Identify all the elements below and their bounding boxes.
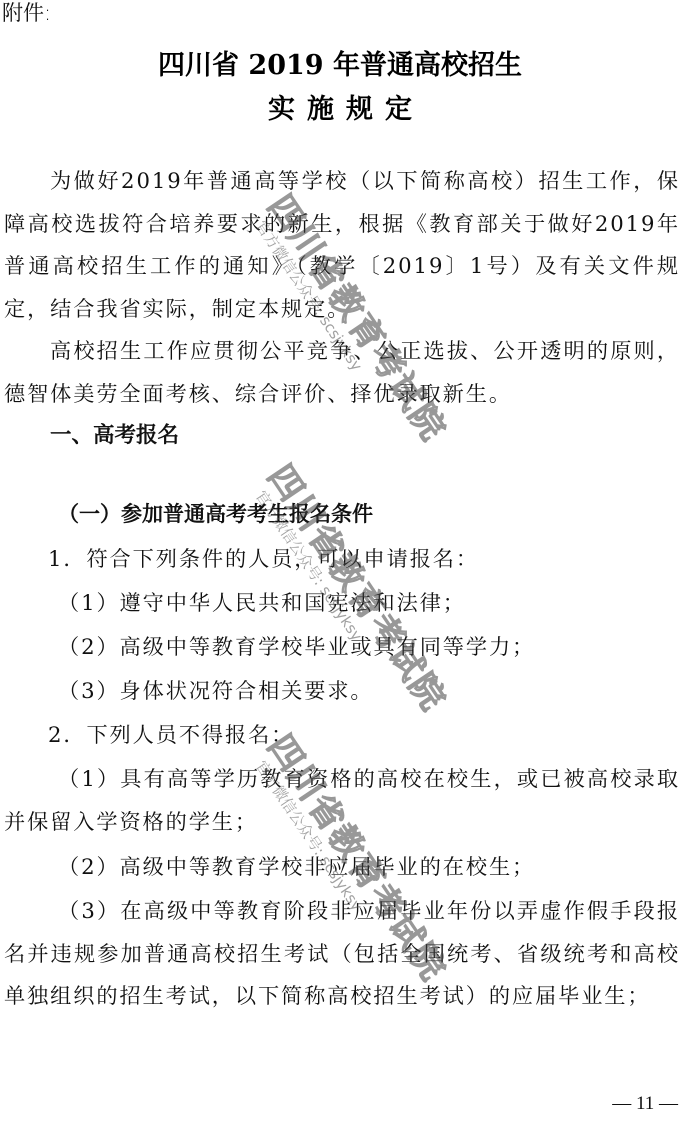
page-number: — 11 — [612,1092,678,1116]
eligibility-item: （1）遵守中华人民共和国宪法和法律； [58,582,466,624]
ineligibility-item: （1）具有高等学历教育资格的高校在校生，或已被高校录取并保留入学资格的学生； [4,758,680,843]
section-heading: 一、高考报名 [50,416,179,456]
ineligibility-item: （2）高级中等教育学校非应届毕业的在校生； [58,846,535,888]
document-subtitle: 实施规定 [0,90,680,130]
ineligibility-intro: 2．下列人员不得报名： [48,714,294,756]
intro-paragraph: 为做好2019年普通高等学校（以下简称高校）招生工作，保障高校选拔符合培养要求的… [4,160,680,330]
ineligibility-item: （3）在高级中等教育阶段非应届毕业年份以弄虚作假手段报名并违规参加普通高校招生考… [4,890,680,1018]
eligibility-item: （2）高级中等教育学校毕业或具有同等学力； [58,626,535,668]
document-title: 四川省 2019 年普通高校招生 [0,46,680,86]
principle-paragraph: 高校招生工作应贯彻公平竞争、公正选拔、公开透明的原则，德智体美劳全面考核、综合评… [4,330,680,415]
subsection-heading: （一）参加普通高考考生报名条件 [58,494,373,534]
attachment-label: 附件: [2,0,51,26]
eligibility-intro: 1．符合下列条件的人员，可以申请报名： [48,538,479,580]
eligibility-item: （3）身体状况符合相关要求。 [58,670,374,712]
